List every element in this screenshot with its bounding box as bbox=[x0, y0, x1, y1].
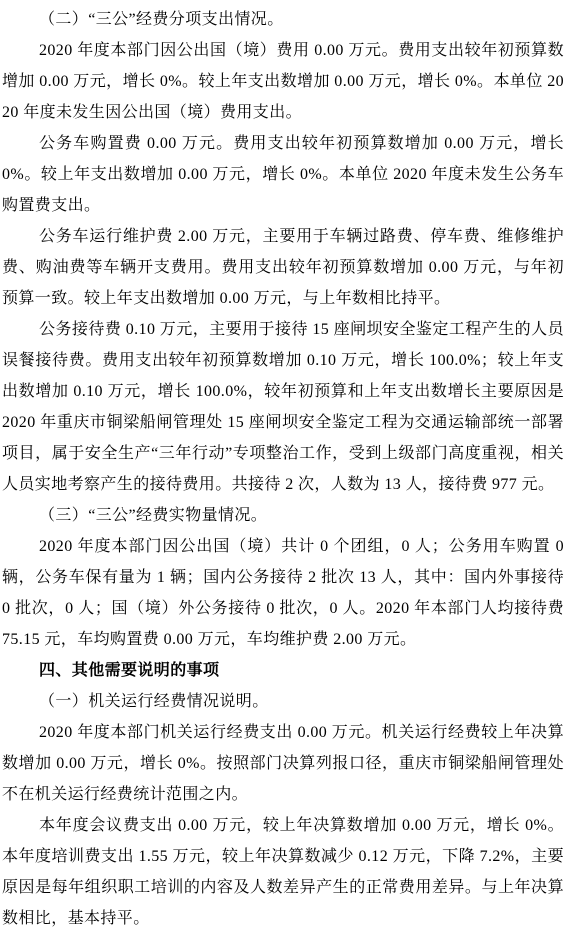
paragraph-physical-quantity-detail: 2020 年度本部门因公出国（境）共计 0 个团组，0 人；公务用车购置 0 辆… bbox=[2, 531, 564, 655]
section-heading-other-matters: 四、其他需要说明的事项 bbox=[2, 655, 564, 686]
document-page: （二）“三公”经费分项支出情况。 2020 年度本部门因公出国（境）费用 0.0… bbox=[0, 0, 567, 933]
subsection-heading-sangong-physical-quantity: （三）“三公”经费实物量情况。 bbox=[2, 500, 564, 531]
paragraph-vehicle-maintenance-expense: 公务车运行维护费 2.00 万元，主要用于车辆过路费、停车费、维修维护费、购油费… bbox=[2, 221, 564, 314]
paragraph-vehicle-purchase-expense: 公务车购置费 0.00 万元。费用支出较年初预算数增加 0.00 万元，增长 0… bbox=[2, 128, 564, 221]
subsection-heading-sangong-itemized: （二）“三公”经费分项支出情况。 bbox=[2, 4, 564, 35]
subsection-heading-operating-expense-note: （一）机关运行经费情况说明。 bbox=[2, 686, 564, 717]
paragraph-official-reception-expense: 公务接待费 0.10 万元，主要用于接待 15 座闸坝安全鉴定工程产生的人员误餐… bbox=[2, 314, 564, 500]
paragraph-meeting-training-expense: 本年度会议费支出 0.00 万元，较上年决算数增加 0.00 万元，增长 0%。… bbox=[2, 810, 564, 933]
paragraph-operating-expense-detail: 2020 年度本部门机关运行经费支出 0.00 万元。机关运行经费较上年决算数增… bbox=[2, 717, 564, 810]
paragraph-outbound-travel-expense: 2020 年度本部门因公出国（境）费用 0.00 万元。费用支出较年初预算数增加… bbox=[2, 35, 564, 128]
